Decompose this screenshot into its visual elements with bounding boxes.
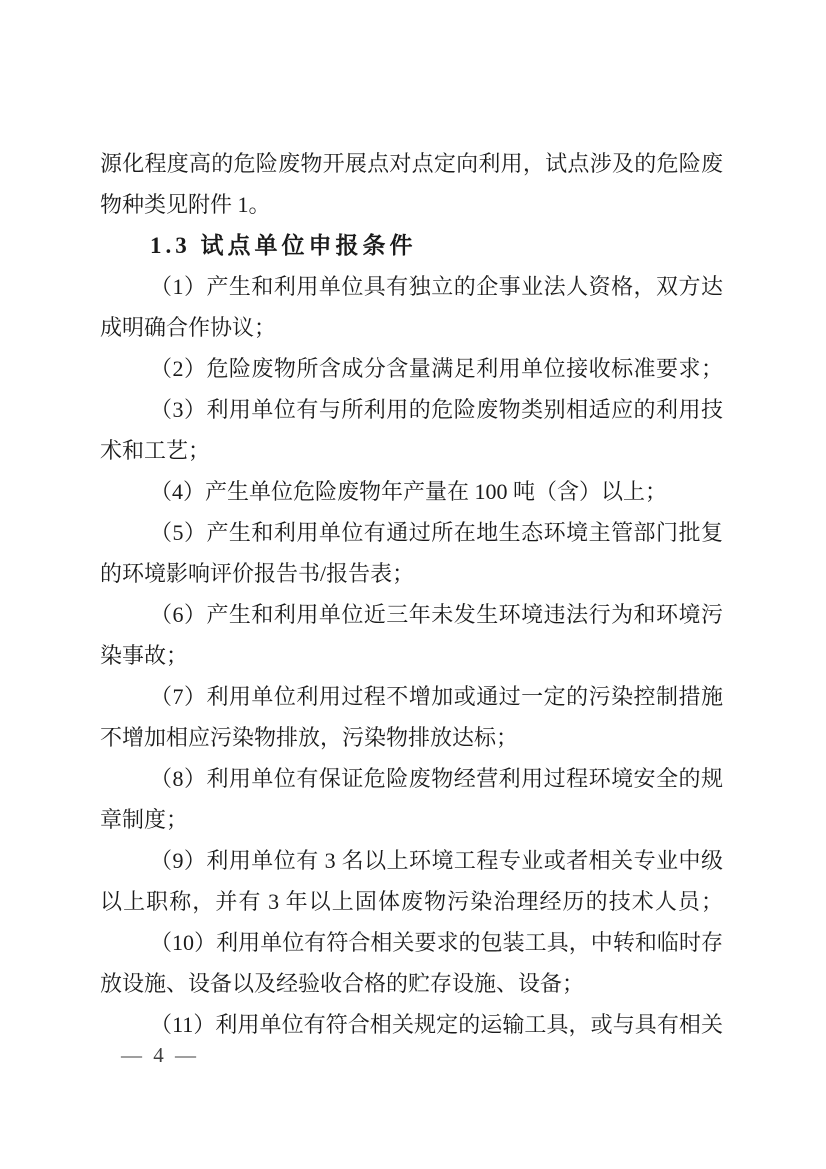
text-line: 的环境影响评价报告书/报告表； <box>100 553 723 594</box>
text-line: （10）利用单位有符合相关要求的包装工具，中转和临时存 <box>100 922 723 963</box>
document-page: 源化程度高的危险废物开展点对点定向利用，试点涉及的危险废物种类见附件 1。1.3… <box>0 0 826 1169</box>
text-line: （1）产生和利用单位具有独立的企事业法人资格，双方达 <box>100 266 723 307</box>
text-line: （7）利用单位利用过程不增加或通过一定的污染控制措施 <box>100 676 723 717</box>
text-line: 成明确合作协议； <box>100 307 723 348</box>
text-line: （3）利用单位有与所利用的危险废物类别相适应的利用技 <box>100 389 723 430</box>
text-line: 章制度； <box>100 799 723 840</box>
text-line: 不增加相应污染物排放，污染物排放达标； <box>100 717 723 758</box>
text-line: （9）利用单位有 3 名以上环境工程专业或者相关专业中级 <box>100 840 723 881</box>
text-line: （6）产生和利用单位近三年未发生环境违法行为和环境污 <box>100 594 723 635</box>
section-heading: 1.3 试点单位申报条件 <box>100 225 723 266</box>
text-line: 染事故； <box>100 635 723 676</box>
page-number: — 4 — <box>121 1043 199 1067</box>
text-line: 放设施、设备以及经验收合格的贮存设施、设备； <box>100 963 723 1004</box>
text-line: 物种类见附件 1。 <box>100 184 723 225</box>
text-line: （5）产生和利用单位有通过所在地生态环境主管部门批复 <box>100 512 723 553</box>
text-line: （2）危险废物所含成分含量满足利用单位接收标准要求； <box>100 348 723 389</box>
page-footer: — 4 — <box>121 1044 199 1066</box>
text-line: （8）利用单位有保证危险废物经营利用过程环境安全的规 <box>100 758 723 799</box>
text-line: 源化程度高的危险废物开展点对点定向利用，试点涉及的危险废 <box>100 143 723 184</box>
text-line: 以上职称，并有 3 年以上固体废物污染治理经历的技术人员； <box>100 881 723 922</box>
text-line: （11）利用单位有符合相关规定的运输工具，或与具有相关 <box>100 1004 723 1045</box>
document-body: 源化程度高的危险废物开展点对点定向利用，试点涉及的危险废物种类见附件 1。1.3… <box>100 143 723 1045</box>
text-line: （4）产生单位危险废物年产量在 100 吨（含）以上； <box>100 471 723 512</box>
text-line: 术和工艺； <box>100 430 723 471</box>
